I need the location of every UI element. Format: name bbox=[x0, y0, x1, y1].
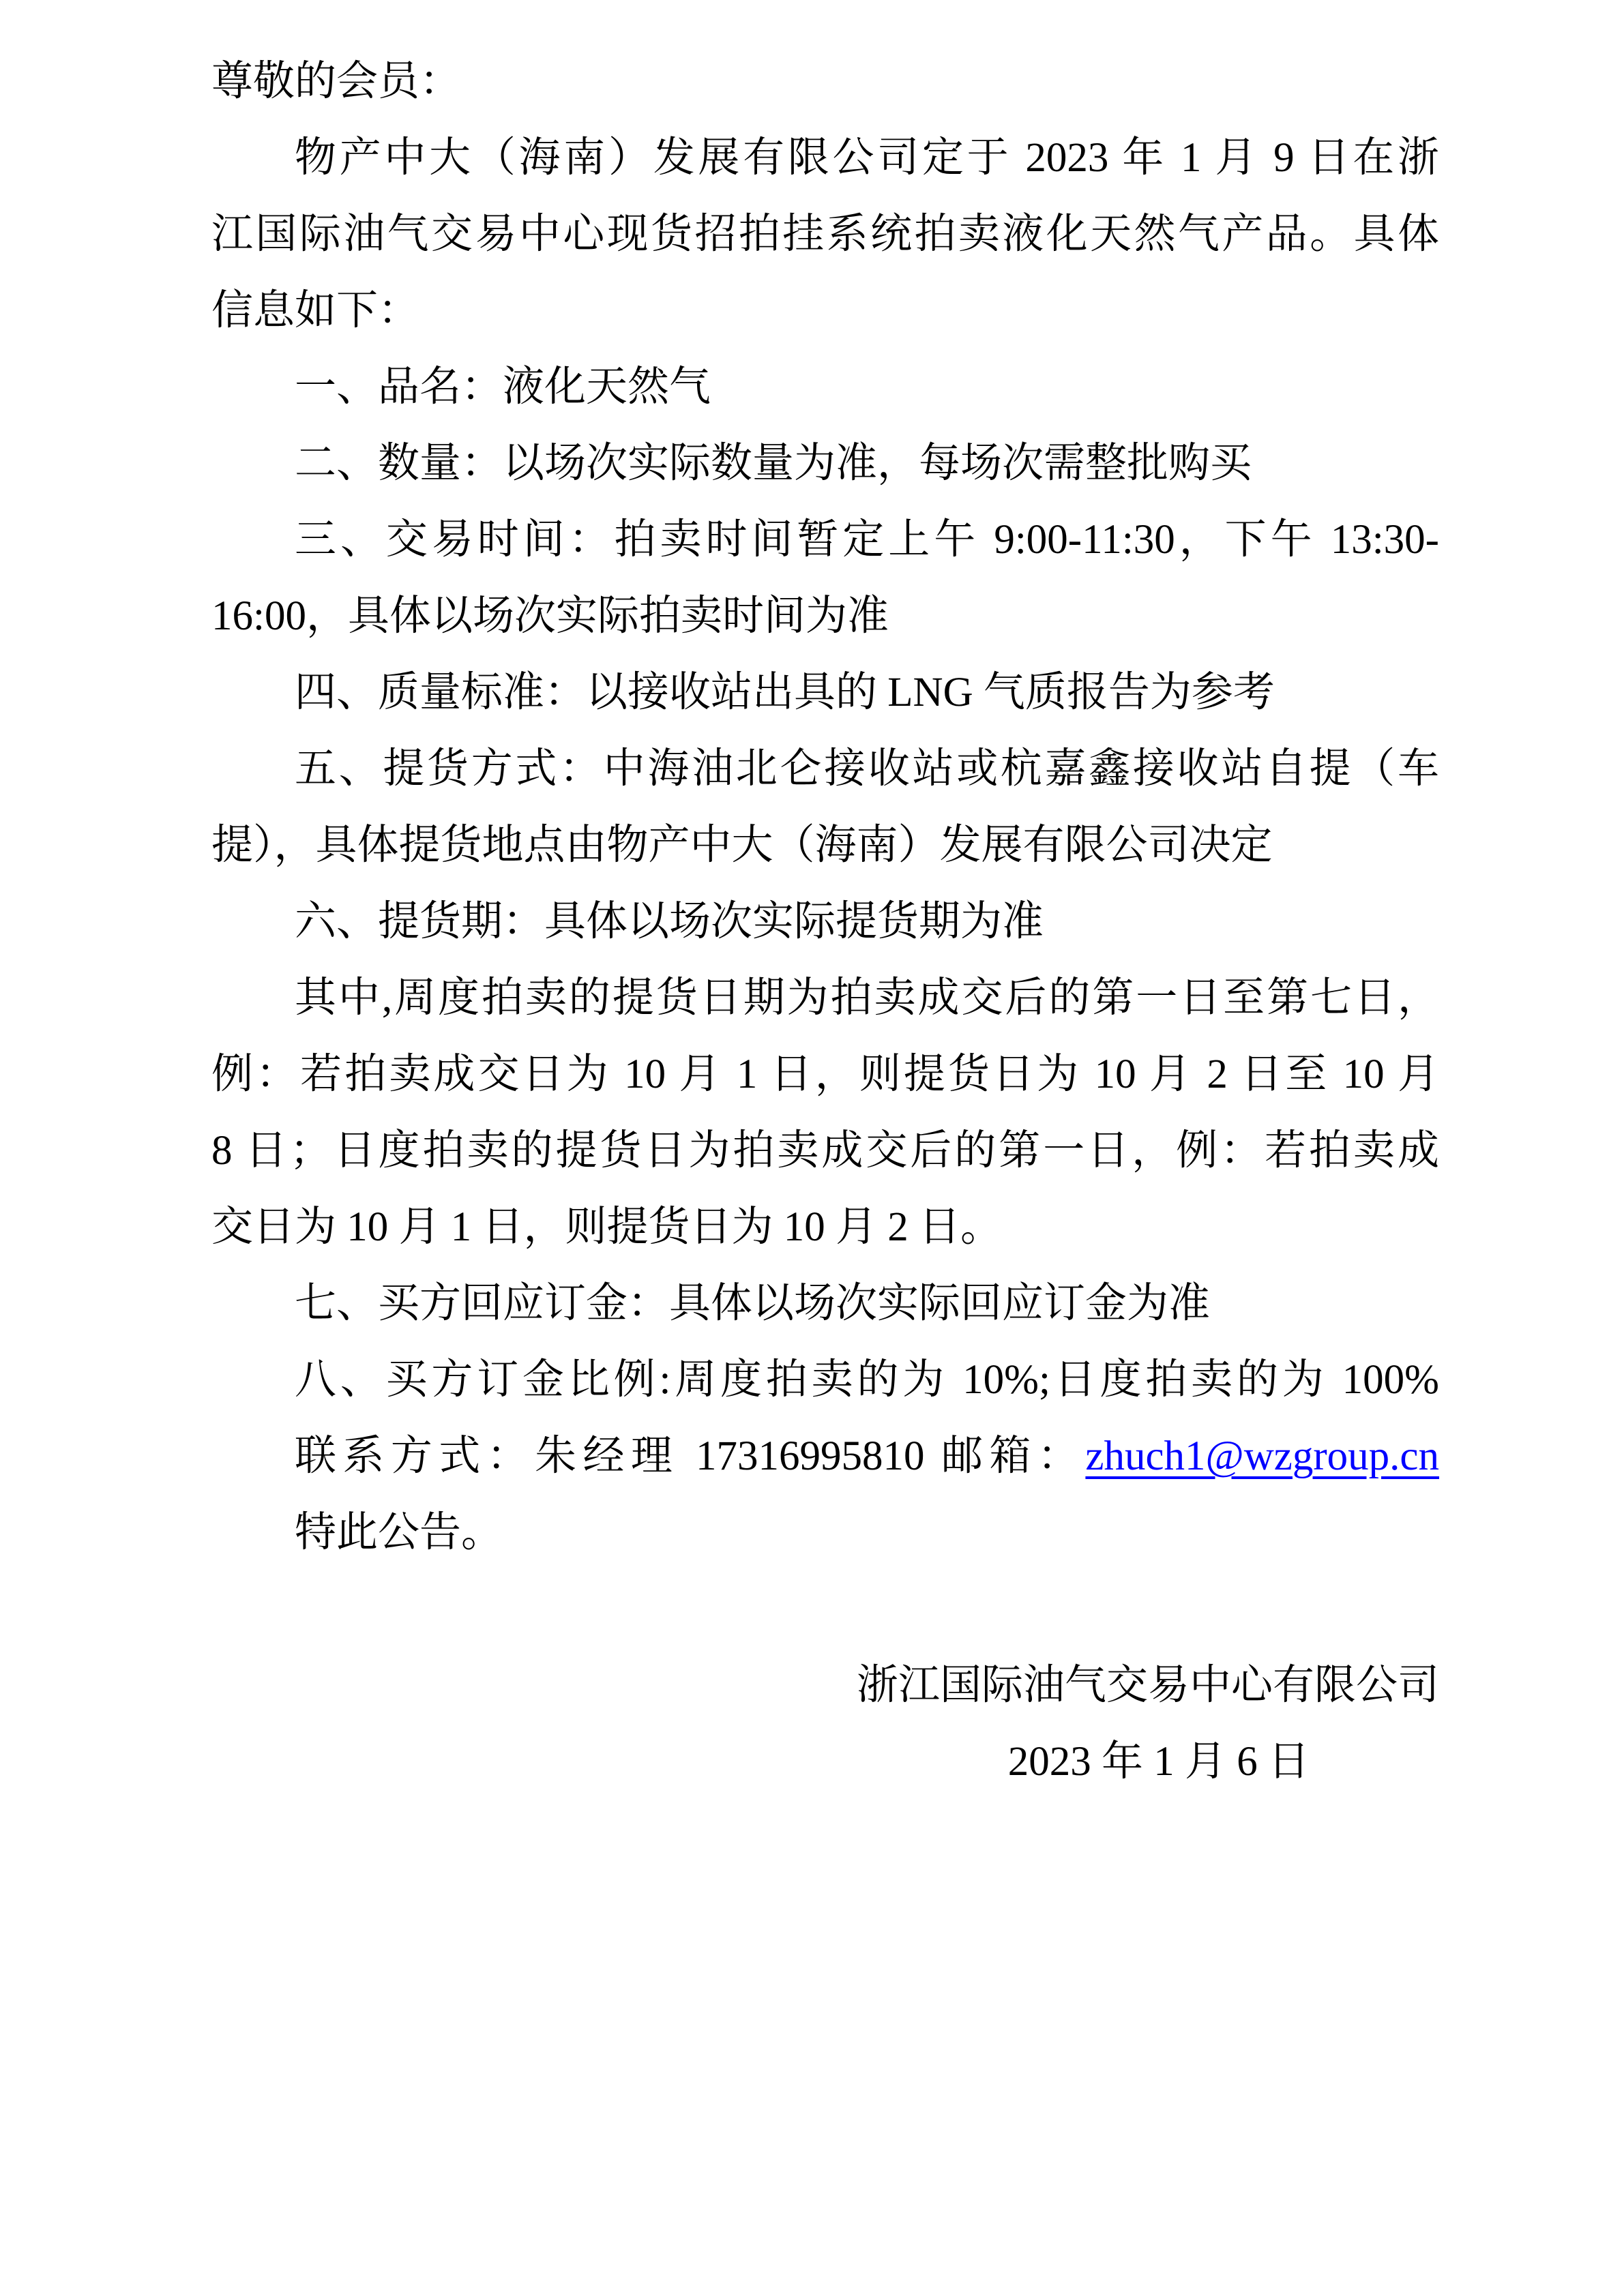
document-line: 8 日；日度拍卖的提货日为拍卖成交后的第一日，例：若拍卖成 bbox=[211, 1113, 1439, 1189]
document-line: 尊敬的会员： bbox=[211, 44, 1439, 120]
document-line: 联系方式：朱经理 17316995810 邮箱：zhuch1@wzgroup.c… bbox=[211, 1418, 1439, 1495]
document-lines: 尊敬的会员：物产中大（海南）发展有限公司定于 2023 年 1 月 9 日在浙江… bbox=[211, 44, 1439, 1571]
document-line: 16:00，具体以场次实际拍卖时间为准 bbox=[211, 578, 1439, 655]
document-line: 八、买方订金比例:周度拍卖的为 10%;日度拍卖的为 100% bbox=[211, 1342, 1439, 1418]
document-line: 信息如下： bbox=[211, 273, 1439, 349]
document-line: 六、提货期：具体以场次实际提货期为准 bbox=[211, 884, 1439, 960]
line-text: 联系方式：朱经理 17316995810 邮箱： bbox=[295, 1433, 1085, 1479]
document-line: 五、提货方式：中海油北仑接收站或杭嘉鑫接收站自提（车 bbox=[211, 731, 1439, 807]
document-line: 物产中大（海南）发展有限公司定于 2023 年 1 月 9 日在浙 bbox=[211, 120, 1439, 196]
document-line: 一、品名：液化天然气 bbox=[211, 349, 1439, 426]
signature-date: 2023 年 1 月 6 日 bbox=[211, 1724, 1439, 1800]
signature-block: 浙江国际油气交易中心有限公司 2023 年 1 月 6 日 bbox=[211, 1648, 1439, 1800]
document-line: 江国际油气交易中心现货招拍挂系统拍卖液化天然气产品。具体 bbox=[211, 196, 1439, 273]
document-line: 提），具体提货地点由物产中大（海南）发展有限公司决定 bbox=[211, 807, 1439, 884]
document-body: 尊敬的会员：物产中大（海南）发展有限公司定于 2023 年 1 月 9 日在浙江… bbox=[211, 44, 1439, 1800]
document-line: 三、交易时间：拍卖时间暂定上午 9:00-11:30，下午 13:30- bbox=[211, 502, 1439, 578]
document-page: 尊敬的会员：物产中大（海南）发展有限公司定于 2023 年 1 月 9 日在浙江… bbox=[0, 0, 1624, 2296]
document-line: 四、质量标准：以接收站出具的 LNG 气质报告为参考 bbox=[211, 655, 1439, 731]
document-line: 特此公告。 bbox=[211, 1495, 1439, 1571]
document-line: 其中,周度拍卖的提货日期为拍卖成交后的第一日至第七日， bbox=[211, 960, 1439, 1037]
document-line: 交日为 10 月 1 日，则提货日为 10 月 2 日。 bbox=[211, 1189, 1439, 1266]
document-line: 七、买方回应订金：具体以场次实际回应订金为准 bbox=[211, 1266, 1439, 1342]
document-line: 二、数量：以场次实际数量为准，每场次需整批购买 bbox=[211, 426, 1439, 502]
email-link[interactable]: zhuch1@wzgroup.cn bbox=[1085, 1433, 1439, 1479]
document-line: 例：若拍卖成交日为 10 月 1 日，则提货日为 10 月 2 日至 10 月 bbox=[211, 1037, 1439, 1113]
signature-company: 浙江国际油气交易中心有限公司 bbox=[211, 1648, 1439, 1724]
